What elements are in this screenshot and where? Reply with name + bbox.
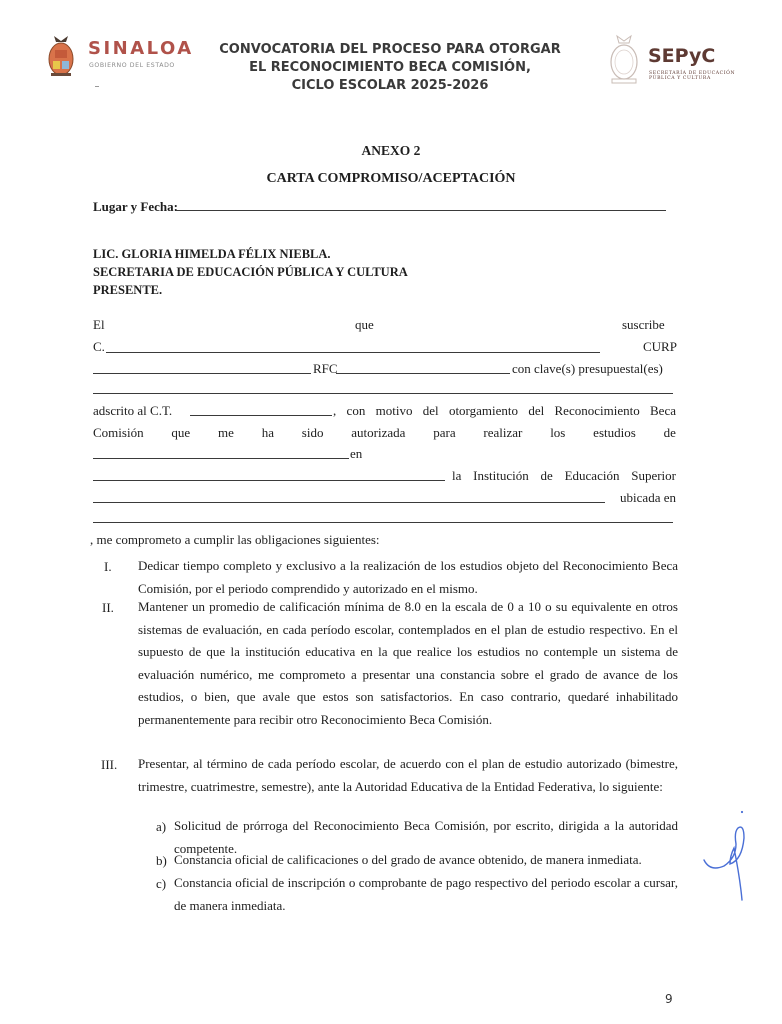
addressee-name: LIC. GLORIA HIMELDA FÉLIX NIEBLA. (93, 246, 331, 262)
header-title-line: CONVOCATORIA DEL PROCESO PARA OTORGAR (210, 41, 570, 59)
form-text: con clave(s) presupuestal(es) (512, 361, 663, 377)
sinaloa-name: SINALOA (88, 38, 194, 59)
page-number: 9 (665, 992, 673, 1006)
sepyc-logo: SEPyC SECRETARÍA DE EDUCACIÓN PÚBLICA Y … (600, 30, 780, 90)
form-text: la Institución de Educación Superior (452, 468, 676, 484)
form-word: me (218, 425, 234, 441)
form-word: de (664, 425, 676, 441)
state-coat-of-arms-icon (46, 32, 76, 78)
subitem-letter: a) (156, 819, 166, 835)
subitem-text: Constancia oficial de inscripción o comp… (174, 872, 678, 917)
sinaloa-logo: SINALOA GOBIERNO DEL ESTADO (40, 24, 220, 84)
form-word: que (171, 425, 190, 441)
form-text: C. (93, 339, 105, 355)
form-word: sido (302, 425, 324, 441)
annex-label: ANEXO 2 (0, 143, 782, 159)
obligation-text: Presentar, al término de cada período es… (138, 753, 678, 798)
place-date-label: Lugar y Fecha: (93, 199, 178, 215)
letter-title: CARTA COMPROMISO/ACEPTACIÓN (0, 171, 782, 187)
header-title-line: EL RECONOCIMIENTO BECA COMISIÓN, (210, 59, 570, 77)
form-text: RFC (313, 361, 338, 377)
form-text: en (350, 446, 362, 462)
form-text: adscrito al C.T. (93, 403, 172, 419)
addressee-present: PRESENTE. (93, 282, 162, 298)
form-word: para (433, 425, 455, 441)
form-text: CURP (643, 339, 677, 355)
header-title-line: CICLO ESCOLAR 2025-2026 (210, 77, 570, 95)
place-date-field[interactable] (176, 210, 666, 211)
form-word: autorizada (351, 425, 405, 441)
form-word: estudios (593, 425, 636, 441)
obligation-text: Mantener un promedio de calificación mín… (138, 596, 678, 731)
seal-icon (605, 32, 643, 86)
subitem-letter: b) (156, 853, 167, 869)
form-text: que (355, 317, 374, 333)
sepyc-name: SEPyC (648, 45, 715, 67)
obligation-number: II. (102, 600, 114, 616)
location-field[interactable] (93, 502, 605, 503)
form-word: realizar (483, 425, 522, 441)
institution-field[interactable] (93, 480, 445, 481)
obligation-number: I. (104, 559, 112, 575)
header-title: CONVOCATORIA DEL PROCESO PARA OTORGAR EL… (210, 41, 570, 95)
form-text-row: Comisión que me ha sido autorizada para … (93, 425, 676, 441)
form-text: El (93, 317, 105, 333)
obligation-number: III. (101, 757, 117, 773)
form-text: suscribe (622, 317, 665, 333)
obligation-text: Dedicar tiempo completo y exclusivo a la… (138, 555, 678, 600)
form-text: ubicada en (612, 490, 676, 506)
subitem-text: Constancia oficial de calificaciones o d… (174, 849, 678, 872)
subitem-letter: c) (156, 876, 166, 892)
signature-initials-icon (700, 800, 770, 910)
studies-field[interactable] (93, 458, 349, 459)
sepyc-subtitle-line: PÚBLICA Y CULTURA (649, 76, 735, 81)
sepyc-subtitle: SECRETARÍA DE EDUCACIÓN PÚBLICA Y CULTUR… (649, 71, 735, 81)
form-closing: , me comprometo a cumplir las obligacion… (90, 532, 380, 548)
form-word: Comisión (93, 425, 144, 441)
budget-key-field[interactable] (93, 393, 673, 394)
dash-mark (95, 86, 99, 87)
location-field-continued[interactable] (93, 522, 673, 523)
addressee-position: SECRETARIA DE EDUCACIÓN PÚBLICA Y CULTUR… (93, 264, 408, 280)
form-word: los (550, 425, 565, 441)
work-center-field[interactable] (190, 415, 332, 416)
form-text: , con motivo del otorgamiento del Recono… (333, 403, 676, 419)
form-word: ha (262, 425, 274, 441)
curp-field[interactable] (93, 373, 311, 374)
name-field[interactable] (106, 352, 600, 353)
sinaloa-subtitle: GOBIERNO DEL ESTADO (89, 62, 175, 69)
rfc-field[interactable] (336, 373, 510, 374)
